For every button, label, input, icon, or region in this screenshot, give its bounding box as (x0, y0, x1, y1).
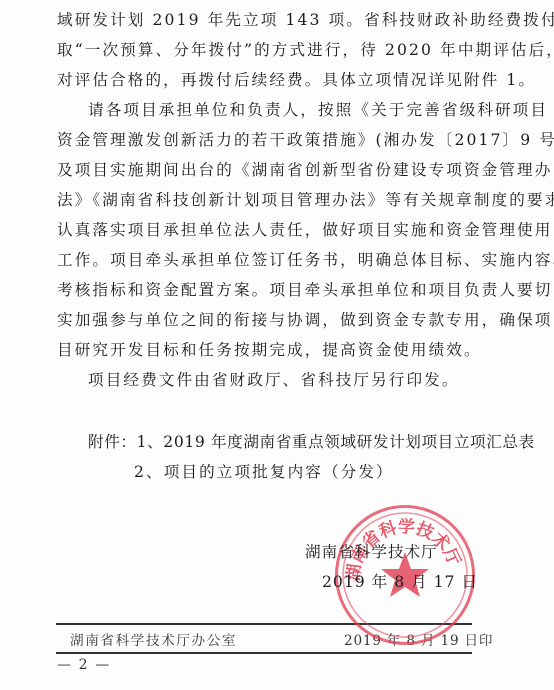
paragraph-line: 实加强参与单位之间的衔接与协调，做到资金专款专用，确保项 (57, 310, 552, 330)
paragraph-line: 对评估合格的，再拨付后续经费。具体立项情况详见附件 1。 (57, 70, 536, 90)
paragraph-line: 及项目实施期间出台的《湖南省创新型省份建设专项资金管理办 (57, 160, 552, 180)
issue-date: 2019 年 8 月 17 日 (322, 570, 478, 592)
page-number: — 2 — (57, 657, 111, 673)
paragraph-line: 取“一次预算、分年拨付”的方式进行，待 2020 年中期评估后， (57, 40, 554, 60)
paragraph-line: 请各项目承担单位和负责人，按照《关于完善省级科研项目 (88, 100, 548, 120)
paragraph-line: 工作。项目牵头承担单位签订任务书，明确总体目标、实施内容、 (57, 250, 554, 270)
paragraph-line: 考核指标和资金配置方案。项目牵头承担单位和项目负责人要切 (57, 280, 552, 300)
paragraph-line: 目研究开发目标和任务按期完成，提高资金使用绩效。 (57, 340, 482, 360)
issuing-office: 湖南省科学技术厅办公室 (70, 629, 237, 649)
issuer-name: 湖南省科学技术厅 (305, 540, 438, 562)
paragraph-line: 认真落实项目承担单位法人责任，做好项目实施和资金管理使用 (57, 220, 552, 240)
paragraph-line: 项目经费文件由省财政厅、省科技厅另行印发。 (88, 370, 460, 390)
paragraph-line: 资金管理激发创新活力的若干政策措施》(湘办发〔2017〕9 号) (57, 130, 554, 150)
paragraph-line: 域研发计划 2019 年先立项 143 项。省科技财政补助经费拨付采 (57, 10, 554, 30)
footer-bottom-rule (56, 652, 472, 654)
attachment-line-1: 附件：1、2019 年度湖南省重点领域研发计划项目立项汇总表 (88, 432, 535, 452)
paragraph-line: 法》《湖南省科技创新计划项目管理办法》等有关规章制度的要求， (57, 190, 554, 210)
attachment-line-2: 2、项目的立项批复内容（分发） (134, 462, 394, 482)
